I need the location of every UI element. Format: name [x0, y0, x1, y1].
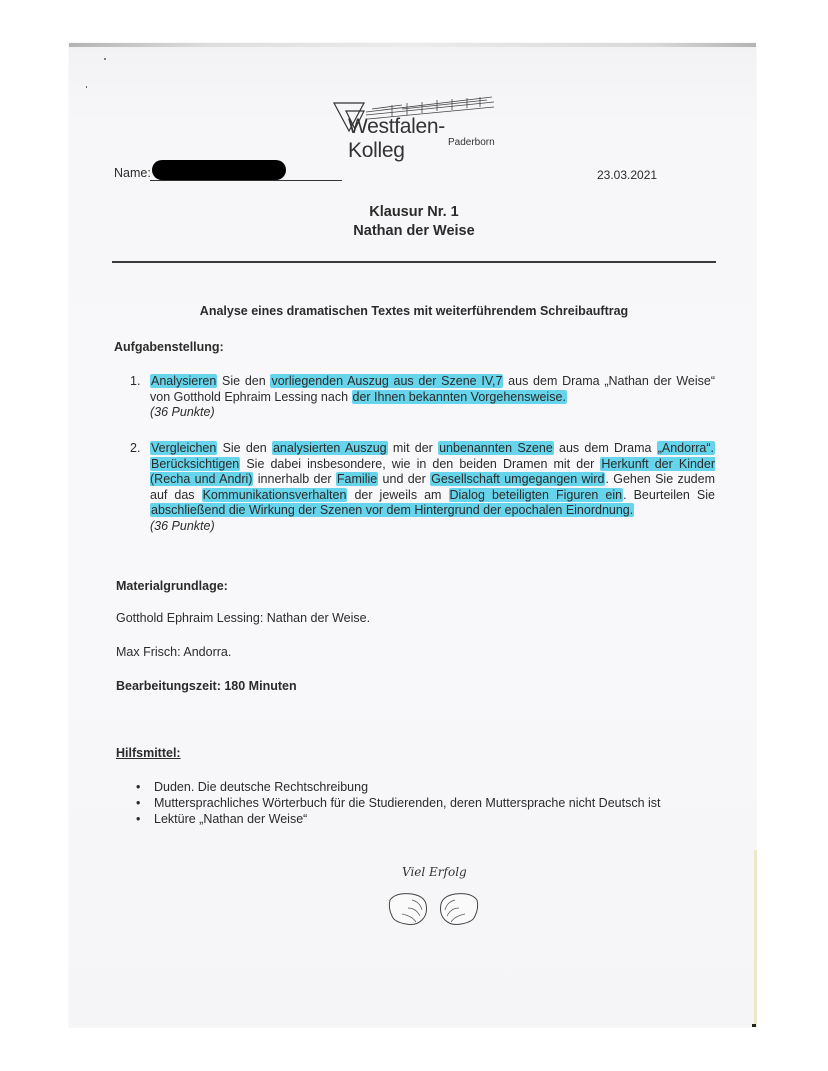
- highlighted-text: Dialog beteiligten Figuren ein: [449, 488, 624, 502]
- task-text: Sie den: [217, 374, 270, 388]
- aids-item: Duden. Die deutsche Rechtschreibung: [134, 779, 661, 795]
- task-text: Sie den: [217, 441, 272, 455]
- tasks-heading: Aufgabenstellung:: [114, 340, 224, 354]
- task-points: (36 Punkte): [150, 405, 215, 419]
- divider: [112, 261, 716, 263]
- aids-item: Muttersprachliches Wörterbuch für die St…: [134, 795, 661, 811]
- task-number: 1.: [130, 374, 140, 390]
- paper-edge: [754, 850, 757, 1027]
- highlighted-text: abschließend die Wirkung der Szenen vor …: [150, 503, 634, 517]
- exam-date: 23.03.2021: [597, 168, 657, 182]
- task-body: Analysieren Sie den vorliegenden Auszug …: [150, 374, 715, 421]
- highlighted-text: „Andorra“.: [657, 441, 715, 455]
- exam-subtitle: Analyse eines dramatischen Textes mit we…: [0, 304, 828, 318]
- exam-topic: Nathan der Weise: [0, 223, 828, 239]
- highlighted-text: Gesellschaft umgegangen wird: [430, 472, 605, 486]
- task-text: innerhalb der: [253, 472, 335, 486]
- task-text: . Beurteilen Sie: [623, 488, 715, 502]
- material-item: Max Frisch: Andorra.: [116, 645, 231, 659]
- highlighted-text: Vergleichen: [150, 441, 217, 455]
- subtitle-text: Analyse eines dramatischen Textes mit we…: [200, 304, 628, 318]
- task-text: aus dem Drama: [554, 441, 657, 455]
- good-luck-text: Viel Erfolg: [402, 865, 467, 879]
- highlighted-text: Familie: [336, 472, 378, 486]
- task-points: (36 Punkte): [150, 519, 215, 533]
- task-body: Vergleichen Sie den analysierten Auszug …: [150, 441, 715, 534]
- highlighted-text: der Ihnen bekannten Vorgehensweise.: [352, 390, 567, 404]
- speck: [86, 86, 87, 88]
- aids-heading: Hilfsmittel:: [116, 746, 181, 760]
- paper-edge-mark: [752, 1024, 756, 1027]
- exam-title: Klausur Nr. 1: [0, 204, 828, 220]
- name-label: Name:: [114, 166, 151, 180]
- name-line: [150, 180, 342, 181]
- task-text: Sie dabei insbesondere, wie in den beide…: [240, 457, 600, 471]
- material-heading: Materialgrundlage:: [116, 579, 228, 593]
- highlighted-text: Kommunikationsverhalten: [202, 488, 348, 502]
- school-logo: Westfalen-Kolleg Paderborn: [332, 95, 497, 150]
- highlighted-text: unbenannten Szene: [438, 441, 554, 455]
- time-limit: Bearbeitungszeit: 180 Minuten: [116, 679, 297, 693]
- task-number: 2.: [130, 441, 140, 457]
- highlighted-text: analysierten Auszug: [272, 441, 388, 455]
- task-text: mit der: [388, 441, 438, 455]
- material-item: Gotthold Ephraim Lessing: Nathan der Wei…: [116, 611, 370, 625]
- highlighted-text: Berücksichtigen: [150, 457, 240, 471]
- fist-bump-icon: [386, 890, 481, 930]
- aids-item: Lektüre „Nathan der Weise“: [134, 811, 661, 827]
- highlighted-text: vorliegenden Auszug aus der Szene IV,7: [270, 374, 503, 388]
- highlighted-text: Analysieren: [150, 374, 217, 388]
- redacted-name: [152, 160, 286, 180]
- task-text: der jeweils am: [347, 488, 448, 502]
- logo-city: Paderborn: [448, 137, 495, 148]
- aids-list: Duden. Die deutsche Rechtschreibung Mutt…: [134, 779, 661, 827]
- task-text: und der: [378, 472, 430, 486]
- exam-paper: [69, 43, 756, 1027]
- speck: [104, 58, 106, 60]
